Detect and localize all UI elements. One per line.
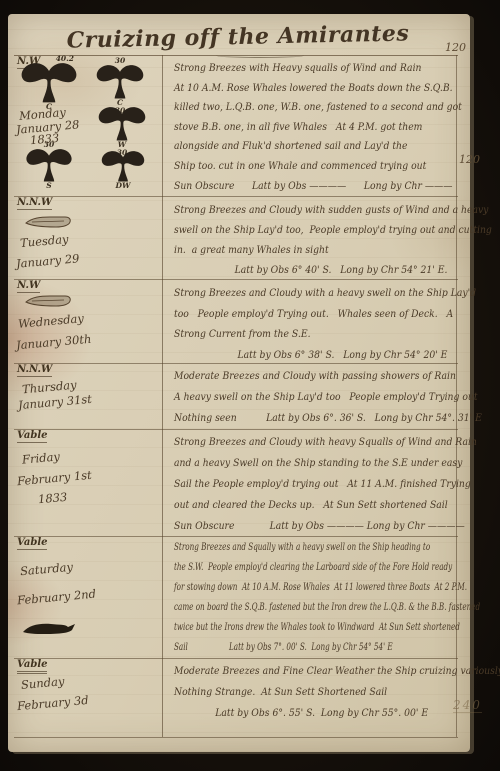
entry-day: Saturday: [19, 560, 73, 579]
log-line: for stowing down At 10 A.M. Rose Whales …: [174, 578, 378, 598]
log-line: the S.W. People employ'd clearing the La…: [174, 558, 378, 578]
log-line: twice but the Irons drew the Whales took…: [174, 618, 378, 638]
whale-fluke-stamp-icon: [94, 107, 150, 141]
log-line: At 10 A.M. Rose Whales lowered the Boats…: [174, 79, 424, 99]
log-line: alongside and Fluk'd shortened sail and …: [174, 137, 424, 157]
log-line: Sail Latt by Obs 7°. 00' S. Long by Chr …: [174, 638, 378, 658]
log-entry-sunday-feb-3: Vable Sunday February 3d Moderate Breeze…: [14, 658, 458, 738]
whale-stamp: DW: [94, 151, 152, 190]
whale-silhouette-icon: [22, 622, 76, 636]
latlong-line: Latt by Obs 6° 40' S. Long by Chr 54° 21…: [208, 260, 458, 280]
log-line: Strong Breezes and Cloudy with heavy Squ…: [174, 432, 424, 453]
log-line: in. a great many Whales in sight: [174, 240, 424, 260]
entry-year: 1833: [29, 131, 59, 147]
log-line: out and cleared the Decks up. At Sun Set…: [174, 495, 424, 516]
entry-text: Strong Breezes and Cloudy with heavy Squ…: [166, 429, 458, 536]
entry-text: Strong Breezes and Cloudy with a heavy s…: [166, 279, 458, 363]
entry-margin-cell: Vable Saturday February 2nd: [14, 536, 163, 658]
log-entry-friday-feb-1: Vable Friday February 1st 1833 Strong Br…: [14, 429, 458, 537]
log-line: Moderate Breezes and Cloudy with passing…: [174, 366, 424, 387]
stamp-barrels-label: 40.2: [18, 55, 80, 63]
log-entry-thursday-jan-31: N.N.W Thursday January 31st Moderate Bre…: [14, 363, 458, 430]
log-line: Moderate Breezes and Fine Clear Weather …: [174, 661, 424, 682]
latlong-line: Latt by Obs 6° 38' S. Long by Chr 54° 20…: [208, 345, 458, 366]
whale-stamp: W 30: [92, 107, 152, 157]
whale-fluke-stamp-icon: [24, 149, 74, 182]
whale-sketch-icon: [24, 292, 74, 310]
entry-date: January 29: [16, 251, 80, 270]
log-line: swell on the Ship Lay'd too, People empl…: [174, 220, 424, 240]
entry-text: Moderate Breezes and Fine Clear Weather …: [166, 658, 458, 737]
entry-day: Sunday: [20, 674, 64, 692]
entry-margin-cell: Vable Friday February 1st 1833: [14, 429, 163, 536]
log-line: Strong Breezes and Cloudy with a heavy s…: [174, 283, 424, 304]
entry-margin-cell: N.N.W Tuesday January 29: [14, 196, 163, 279]
whale-stamp: 40.2 C: [18, 55, 80, 111]
log-entry-wednesday-jan-30: N.W Wednesday January 30th Strong Breeze…: [14, 279, 458, 364]
entry-day: Friday: [21, 449, 60, 466]
page-number: 120: [445, 41, 466, 54]
entry-date: February 1st: [17, 468, 93, 488]
log-line: Sun Obscure Latt by Obs ———— Long by Chr…: [174, 177, 424, 197]
entry-day: Wednesday: [18, 311, 85, 331]
log-line: and a heavy Swell on the Ship standing t…: [174, 453, 424, 474]
log-line: stove B.B. one, in all five Whales At 4 …: [174, 118, 424, 138]
wind-direction: Vable: [17, 659, 47, 674]
log-entry-saturday-feb-2: Vable Saturday February 2nd Strong Breez…: [14, 536, 458, 659]
entry-text: Strong Breezes with Heavy squalls of Win…: [166, 55, 458, 196]
log-line: too People employ'd Trying out. Whales s…: [174, 304, 424, 325]
entry-date: February 3d: [17, 693, 90, 713]
whale-fluke-stamp-icon: [20, 63, 78, 103]
entry-margin-cell: N.W 40.2 C 30 C 30 W 30 DW 30: [14, 55, 163, 196]
entry-margin-cell: N.N.W Thursday January 31st: [14, 363, 163, 429]
stamp-barrels-label: 30: [90, 57, 150, 65]
log-line: Strong Breezes with Heavy squalls of Win…: [174, 59, 424, 79]
entry-text: Strong Breezes and Squally with a heavy …: [166, 536, 458, 658]
entry-margin-cell: N.W Wednesday January 30th: [14, 279, 163, 363]
stamp-boat-label: DW: [94, 182, 152, 190]
log-entry-monday-jan-28: N.W 40.2 C 30 C 30 W 30 DW 30: [14, 55, 458, 197]
log-line: Ship too. cut in one Whale and commenced…: [174, 157, 424, 177]
log-line: Strong Current from the S.E.: [174, 324, 424, 345]
log-line: A heavy swell on the Ship Lay'd too Peop…: [174, 387, 424, 408]
log-line: Strong Breezes and Squally with a heavy …: [174, 538, 378, 558]
page-title: Cruizing off the Amirantes: [66, 20, 410, 53]
entry-year: 1833: [37, 490, 67, 506]
stamp-boat-label: S: [22, 182, 76, 190]
log-line: Nothing Strange. At Sun Sett Shortened S…: [174, 682, 424, 703]
entry-text: Strong Breezes and Cloudy with sudden gu…: [166, 196, 458, 279]
whale-fluke-stamp-icon: [92, 65, 148, 99]
log-line: Sail the People employ'd trying out At 1…: [174, 474, 424, 495]
log-entry-tuesday-jan-29: N.N.W Tuesday January 29 Strong Breezes …: [14, 196, 458, 280]
whale-fluke-stamp-icon: [96, 151, 150, 182]
entry-date: February 2nd: [17, 587, 97, 608]
latlong-line: Latt by Obs 6°. 55' S. Long by Chr 55°. …: [208, 703, 458, 724]
log-line: Nothing seen Latt by Obs 6°. 36' S. Long…: [174, 408, 424, 429]
entry-margin-cell: Vable Sunday February 3d: [14, 658, 163, 737]
entry-text: Moderate Breezes and Cloudy with passing…: [166, 363, 458, 429]
log-line: killed two, L.Q.B. one, W.B. one, fasten…: [174, 98, 424, 118]
wind-direction: N.N.W: [17, 364, 52, 377]
log-line: came on board the S.Q.B. fastened but th…: [174, 598, 378, 618]
whale-stamp: 30 S: [22, 141, 76, 190]
margin-note: 120: [459, 153, 480, 166]
logbook-page: Cruizing off the Amirantes 120 120 240 N…: [8, 14, 470, 752]
entry-day: Tuesday: [19, 232, 69, 250]
log-line: Sun Obscure Latt by Obs ———— Long by Chr…: [174, 516, 424, 537]
wind-direction: N.N.W: [17, 197, 52, 210]
log-line: Strong Breezes and Cloudy with sudden gu…: [174, 200, 424, 220]
entry-date: January 30th: [16, 332, 92, 353]
wind-direction: Vable: [17, 537, 47, 550]
whale-sketch-icon: [24, 213, 74, 231]
wind-direction: Vable: [17, 430, 47, 443]
